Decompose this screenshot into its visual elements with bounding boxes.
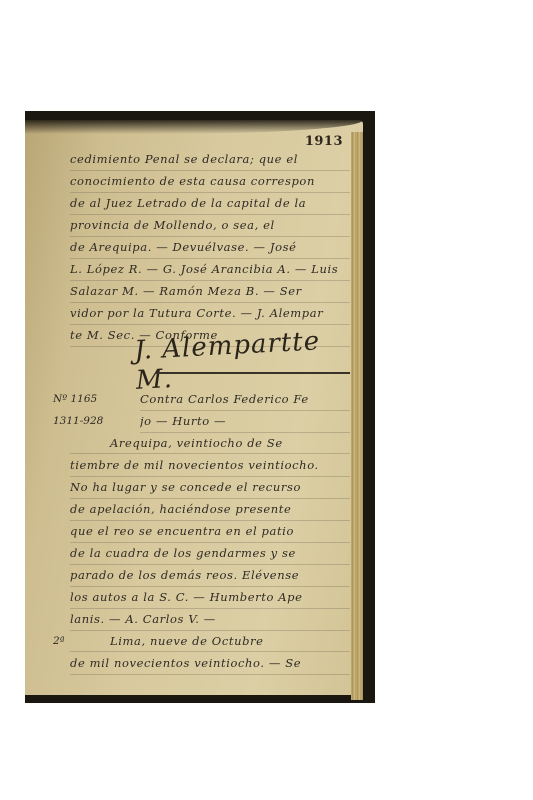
text-line: No ha lugar y se concede el recurso <box>70 476 350 499</box>
text-line: que el reo se encuentra en el patio <box>70 520 350 543</box>
text-line: jo — Hurto — <box>140 410 350 433</box>
resolution-number: 2ª <box>53 630 65 652</box>
text-line: de apelación, haciéndose presente <box>70 498 350 521</box>
case-number: Nº 1165 <box>53 388 97 410</box>
text-line: de Arequipa. — Devuélvase. — José <box>70 236 350 259</box>
text-line: Lima, nueve de Octubre <box>70 630 350 652</box>
section-divider <box>155 372 350 374</box>
text-line: cedimiento Penal se declara; que el <box>70 148 350 171</box>
signature: J. Alempartte M. <box>134 324 365 396</box>
page-number: 1913 <box>305 134 343 149</box>
text-line: Salazar M. — Ramón Meza B. — Ser <box>70 280 350 303</box>
text-line: conocimiento de esta causa correspon <box>70 170 350 193</box>
text-line: de mil novecientos veintiocho. — Se <box>70 652 350 675</box>
text-line: L. López R. — G. José Arancibia A. — Lui… <box>70 258 350 281</box>
text-line: de la cuadra de los gendarmes y se <box>70 542 350 565</box>
text-line: Arequipa, veintiocho de Se <box>70 432 350 454</box>
document-photo: 1913 cedimiento Penal se declara; que el… <box>25 111 375 703</box>
text-line: lanis. — A. Carlos V. — <box>70 608 350 631</box>
text-line: vidor por la Tutura Corte. — J. Alempar <box>70 302 350 325</box>
case-reference: 1311-928 <box>53 410 103 432</box>
text-line: los autos a la S. C. — Humberto Ape <box>70 586 350 609</box>
page-top-shadow <box>25 120 363 134</box>
text-line: provincia de Mollendo, o sea, el <box>70 214 350 237</box>
text-line: tiembre de mil novecientos veintiocho. <box>70 454 350 477</box>
text-line: Contra Carlos Federico Fe <box>140 388 350 411</box>
ledger-page: 1913 cedimiento Penal se declara; que el… <box>25 120 363 695</box>
page-stack-edge <box>351 132 363 700</box>
text-line: parado de los demás reos. Elévense <box>70 564 350 587</box>
text-line: de al Juez Letrado de la capital de la <box>70 192 350 215</box>
